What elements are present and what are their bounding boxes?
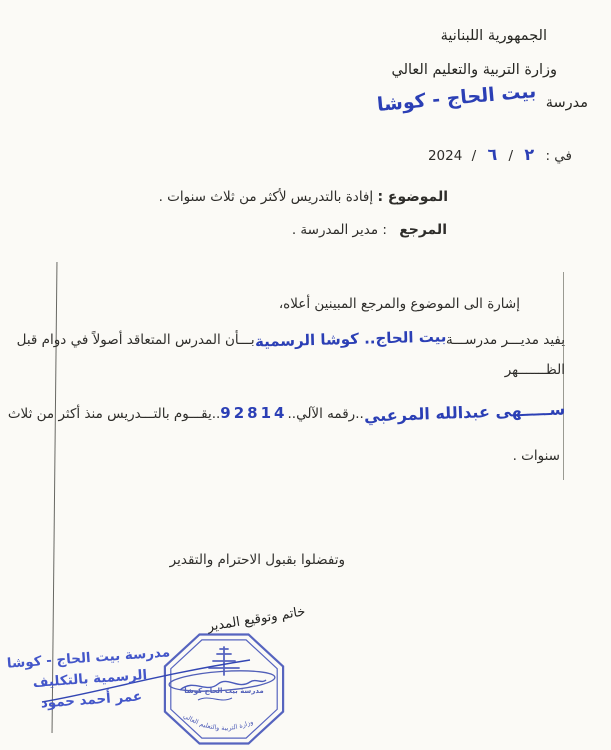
school-label: مدرسة	[546, 95, 588, 111]
subject-line: الموضوع : إفادة بالتدريس لأكثر من ثلاث س…	[159, 189, 448, 205]
subject-label: الموضوع :	[377, 189, 448, 205]
date-month-handwritten: ٦	[480, 145, 504, 164]
side-name-stamp: مدرسة بيت الحاج - كوشا الرسمية بالتكليف …	[0, 642, 182, 717]
teacher-name-handwritten: ســـــهى عبدالله المرعبي	[364, 399, 566, 425]
header-republic: الجمهورية اللبنانية	[441, 28, 547, 44]
subject-text: إفادة بالتدريس لأكثر من ثلاث سنوات .	[159, 189, 374, 205]
scanned-letter: الجمهورية اللبنانية وزارة التربية والتعل…	[0, 0, 611, 750]
date-line: في : ٢ / ٦ / 2024	[428, 145, 572, 164]
date-year: 2024	[428, 148, 467, 164]
reference-text: : مدير المدرسة .	[292, 222, 387, 238]
date-day-handwritten: ٢	[517, 145, 541, 164]
body-line-3: الظـــــــهر	[505, 362, 565, 378]
body-line-1: إشارة الى الموضوع والمرجع المبينين أعلاه…	[279, 296, 520, 312]
body-school-handwritten: بيت الحاج.. كوشا الرسمية	[254, 327, 446, 350]
reference-label: المرجع	[399, 222, 447, 238]
header-ministry: وزارة التربية والتعليم العالي	[392, 62, 557, 78]
closing-line: وتفضلوا بقبول الاحترام والتقدير	[170, 552, 345, 568]
body-line-5: سنوات .	[513, 448, 560, 464]
body-line4-post: ..يقـــوم بالتـــدريس منذ أكثر من ثلاث	[8, 406, 220, 422]
date-prefix: في :	[545, 148, 572, 164]
school-name-handwritten: بيت الحاج - كوشا	[376, 80, 537, 116]
stamp-school-text: مدرسة بيت الحاج كوشا	[184, 687, 263, 695]
body-line-4: ســـــهى عبدالله المرعبي ..رقمه الآلي.. …	[50, 403, 565, 422]
date-separator-1: /	[509, 148, 514, 164]
computer-number-handwritten: 92814	[220, 404, 287, 422]
reference-line: المرجع : مدير المدرسة .	[292, 222, 447, 238]
body-line-2: يفيد مديـــر مدرســـة بيت الحاج.. كوشا ا…	[50, 330, 565, 348]
body-line2-pre: يفيد مديـــر مدرســـة	[446, 332, 565, 348]
octagon-stamp: مدرسة بيت الحاج كوشا وزارة التربية والتع…	[165, 635, 283, 744]
body-line4-mid: ..رقمه الآلي..	[287, 406, 363, 422]
signature-scribble-2	[198, 698, 232, 700]
date-separator-2: /	[472, 148, 477, 164]
body-line2-post: بـــأن المدرس المتعاقد أصولاً في دوام قب…	[17, 332, 255, 348]
header-school-line: مدرسة بيت الحاج - كوشا	[377, 90, 588, 112]
